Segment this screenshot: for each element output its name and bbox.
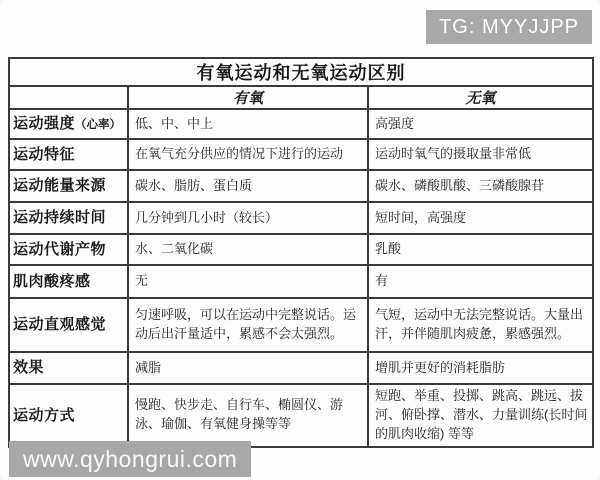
row-label: 运动强度（心率）	[9, 109, 128, 139]
row-label: 运动能量来源	[9, 170, 128, 202]
row-label: 运动直观感觉	[9, 298, 128, 352]
anaerobic-cell: 短时间，高强度	[368, 202, 593, 234]
table-row-exercise-types: 运动方式 慢跑、快步走、自行车、椭圆仪、游泳、瑜伽、有氧健身操等等 短跑、举重、…	[9, 384, 593, 447]
table-row-duration: 运动持续时间 几分钟到几小时（较长） 短时间，高强度	[9, 202, 593, 234]
website-watermark-badge: www.qyhongrui.com	[9, 441, 251, 477]
row-label: 运动代谢产物	[9, 234, 128, 265]
anaerobic-cell: 气短，运动中无法完整说话。大量出汗，并伴随肌肉疲惫，累感强烈。	[368, 298, 593, 352]
table-row-characteristics: 运动特征 在氧气充分供应的情况下进行的运动 运动时氧气的摄取量非常低	[9, 139, 593, 170]
header-empty-cell	[9, 86, 128, 109]
table-header-row: 有氧 无氧	[9, 86, 593, 109]
table-row-subjective-feeling: 运动直观感觉 匀速呼吸，可以在运动中完整说话。运动后出汗量适中，累感不会太强烈。…	[9, 298, 593, 352]
anaerobic-cell: 高强度	[368, 109, 593, 139]
anaerobic-cell: 有	[368, 265, 593, 298]
table-row-effect: 效果 减脂 增肌并更好的消耗脂肪	[9, 352, 593, 384]
anaerobic-cell: 增肌并更好的消耗脂肪	[368, 352, 593, 384]
row-label: 运动持续时间	[9, 202, 128, 234]
aerobic-cell: 水、二氧化碳	[128, 234, 368, 265]
aerobic-cell: 减脂	[128, 352, 368, 384]
row-label: 运动方式	[9, 384, 128, 447]
anaerobic-cell: 碳水、磷酸肌酸、三磷酸腺苷	[368, 170, 593, 202]
aerobic-cell: 慢跑、快步走、自行车、椭圆仪、游泳、瑜伽、有氧健身操等等	[128, 384, 368, 447]
anaerobic-cell: 乳酸	[368, 234, 593, 265]
aerobic-cell: 低、中、中上	[128, 109, 368, 139]
table-row-energy-source: 运动能量来源 碳水、脂肪、蛋白质 碳水、磷酸肌酸、三磷酸腺苷	[9, 170, 593, 202]
header-anaerobic: 无氧	[368, 86, 593, 109]
row-label: 运动特征	[9, 139, 128, 170]
table-title-row: 有氧运动和无氧运动区别	[9, 58, 593, 86]
telegram-watermark-badge: TG: MYYJJPP	[426, 10, 592, 44]
table-row-muscle-soreness: 肌肉酸疼感 无 有	[9, 265, 593, 298]
table-row-intensity: 运动强度（心率） 低、中、中上 高强度	[9, 109, 593, 139]
anaerobic-cell: 短跑、举重、投掷、跳高、跳远、拔河、俯卧撑、潜水、力量训练(长时间的肌肉收缩) …	[368, 384, 593, 447]
aerobic-cell: 匀速呼吸，可以在运动中完整说话。运动后出汗量适中，累感不会太强烈。	[128, 298, 368, 352]
aerobic-cell: 碳水、脂肪、蛋白质	[128, 170, 368, 202]
row-label: 肌肉酸疼感	[9, 265, 128, 298]
header-aerobic: 有氧	[128, 86, 368, 109]
aerobic-cell: 无	[128, 265, 368, 298]
table-row-metabolites: 运动代谢产物 水、二氧化碳 乳酸	[9, 234, 593, 265]
aerobic-cell: 在氧气充分供应的情况下进行的运动	[128, 139, 368, 170]
anaerobic-cell: 运动时氧气的摄取量非常低	[368, 139, 593, 170]
table-title: 有氧运动和无氧运动区别	[9, 58, 593, 86]
row-label-text: 运动强度	[13, 115, 75, 132]
aerobic-cell: 几分钟到几小时（较长）	[128, 202, 368, 234]
page: TG: MYYJJPP 有氧运动和无氧运动区别 有氧 无氧 运动强度（心率） 低…	[0, 0, 600, 480]
row-label: 效果	[9, 352, 128, 384]
row-label-suffix: （心率）	[75, 119, 121, 131]
comparison-table: 有氧运动和无氧运动区别 有氧 无氧 运动强度（心率） 低、中、中上 高强度 运动…	[8, 57, 594, 448]
